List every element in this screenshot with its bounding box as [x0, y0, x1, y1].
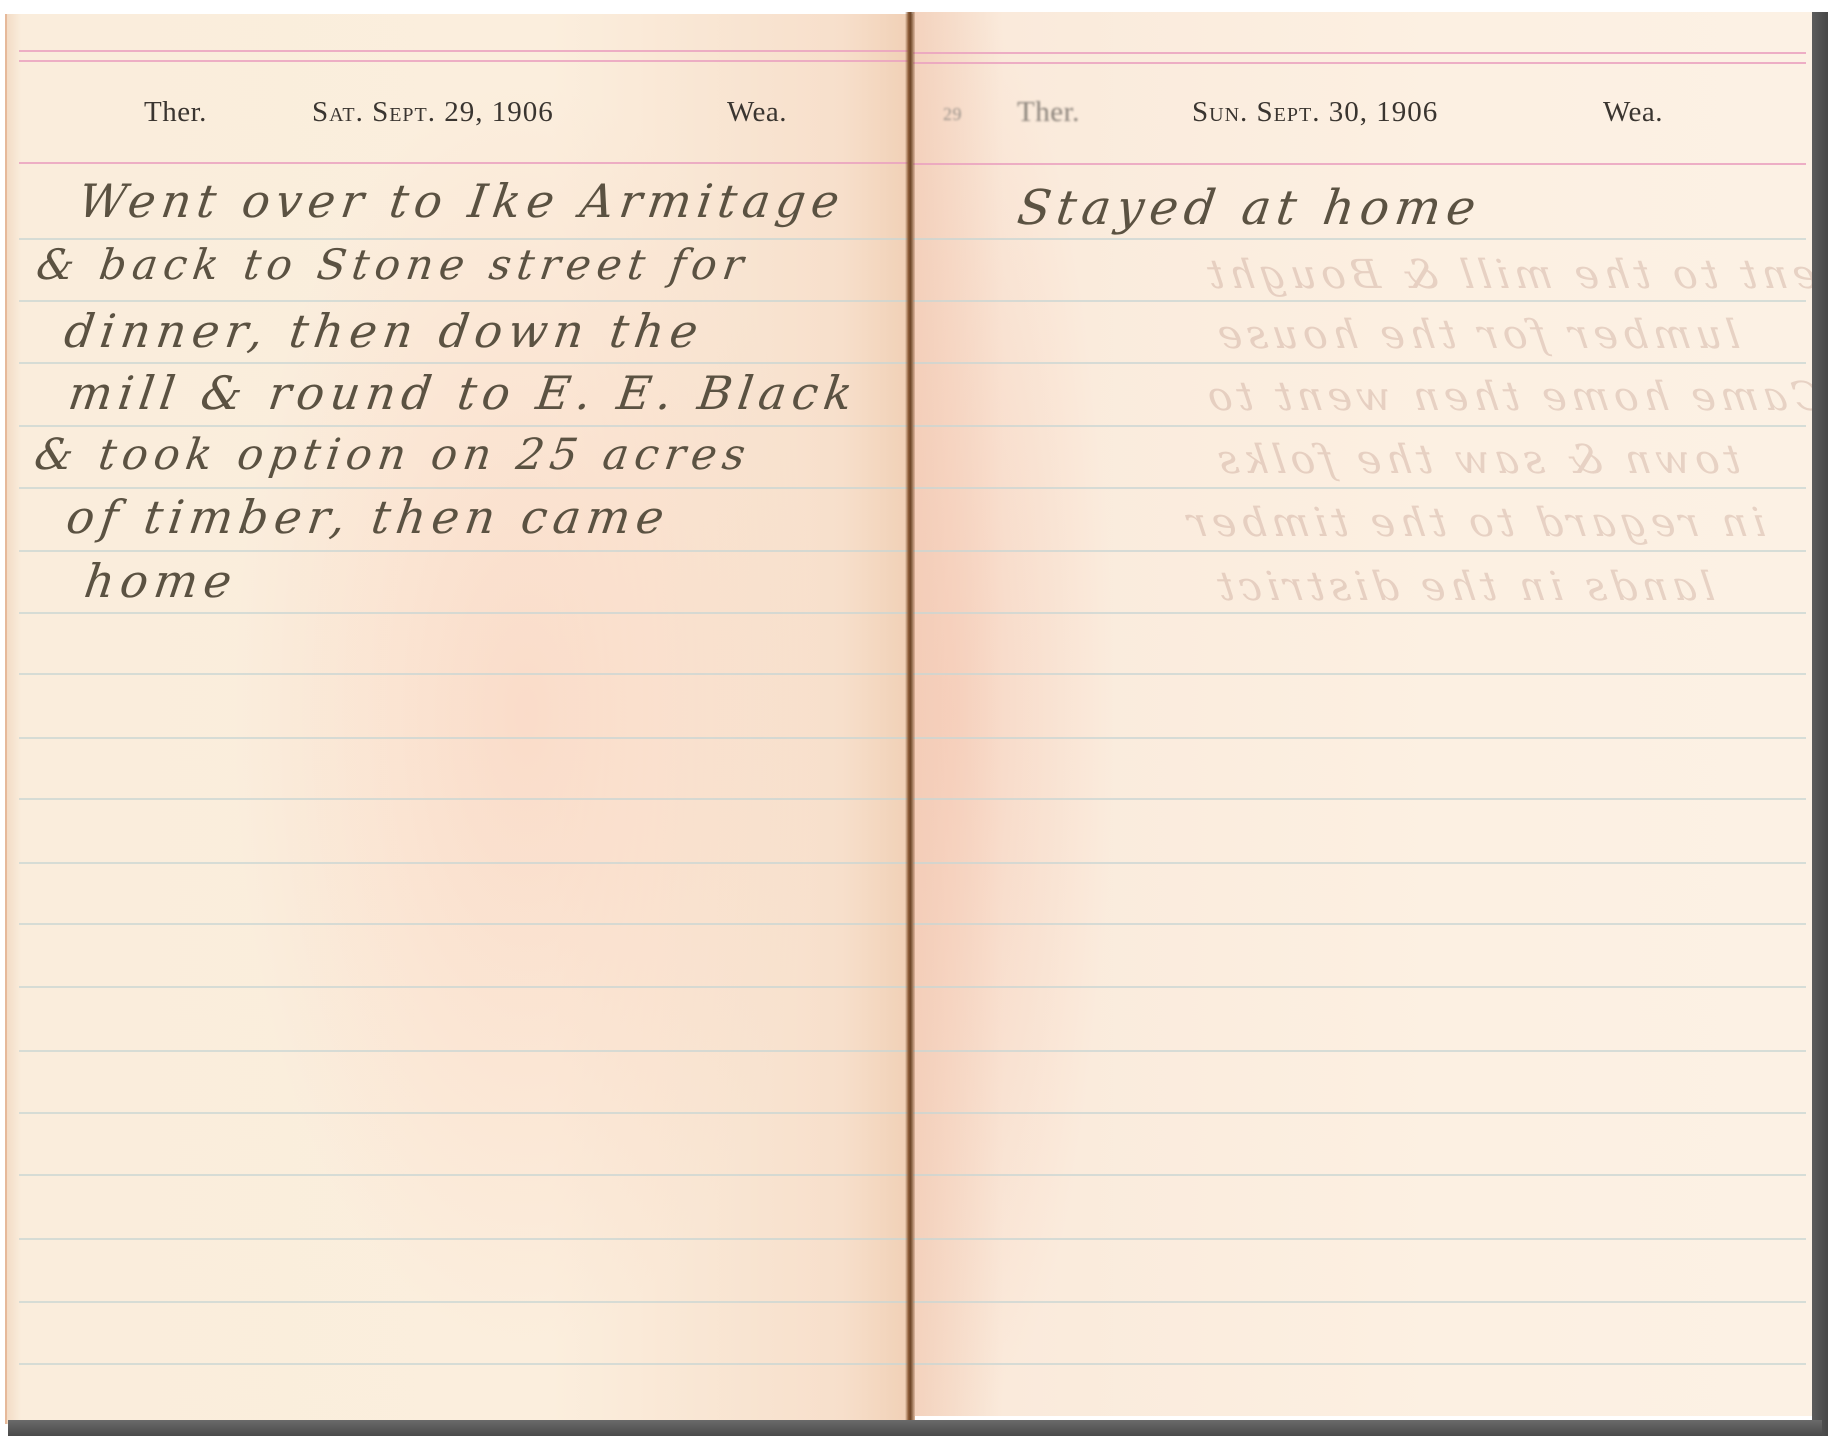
ruled-line [19, 1050, 909, 1052]
bleed-through-line: in regard to the timber [1180, 500, 1769, 546]
ruled-line [19, 612, 909, 614]
ruled-line [913, 737, 1806, 739]
bleed-through-line: lands in the district [1210, 564, 1718, 610]
entry-line: dinner, then down the [61, 304, 707, 358]
ruled-line [19, 1112, 909, 1114]
ruled-line [19, 550, 909, 552]
header-rule-bottom [913, 163, 1806, 165]
ruled-line [913, 986, 1806, 988]
ruled-line [19, 1301, 909, 1303]
ruled-line [19, 737, 909, 739]
entry-line: home [81, 554, 241, 608]
entry-line: of timber, then came [63, 490, 673, 544]
ruled-line [19, 1174, 909, 1176]
header-rule-top [19, 50, 909, 52]
ruled-line [913, 300, 1806, 302]
right-page-header: 29 Ther. Sun. Sept. 30, 1906 Wea. [913, 96, 1812, 136]
ruled-line [913, 487, 1806, 489]
ther-label: Ther. [144, 96, 207, 129]
ruled-line [913, 425, 1806, 427]
ruled-line [913, 362, 1806, 364]
bleed-through-line: town & saw the folks [1210, 437, 1744, 483]
bleed-through-line: Came home then went to [1200, 374, 1812, 420]
header-rule-bottom [19, 162, 909, 164]
bleed-through-line: lumber for the house [1210, 312, 1743, 358]
book-gutter [905, 12, 915, 1422]
ruled-line [913, 1301, 1806, 1303]
left-page-header: Ther. Sat. Sept. 29, 1906 Wea. [7, 96, 915, 136]
left-page: Ther. Sat. Sept. 29, 1906 Wea. Went over… [5, 14, 915, 1424]
ruled-line [19, 362, 909, 364]
ruled-line [913, 1050, 1806, 1052]
ruled-line [913, 1174, 1806, 1176]
wea-label: Wea. [727, 96, 787, 129]
header-rule-top-2 [19, 60, 909, 62]
page-number: 29 [943, 104, 962, 125]
book-cover-edge-bottom [8, 1420, 1822, 1436]
ruled-line [913, 673, 1806, 675]
entry-line: & back to Stone street for [34, 240, 753, 289]
page-date: Sun. Sept. 30, 1906 [1192, 96, 1438, 129]
ruled-line [19, 862, 909, 864]
ruled-line [913, 862, 1806, 864]
ruled-line [913, 612, 1806, 614]
ruled-line [19, 1363, 909, 1365]
ruled-line [913, 1112, 1806, 1114]
entry-line: mill & round to E. E. Black [65, 366, 862, 420]
header-rule-top-2 [913, 62, 1806, 64]
ruled-line [913, 1363, 1806, 1365]
ruled-line [913, 550, 1806, 552]
ruled-line [913, 798, 1806, 800]
wea-label: Wea. [1603, 96, 1663, 129]
ther-label: Ther. [1017, 96, 1080, 129]
ruled-line [19, 923, 909, 925]
page-date: Sat. Sept. 29, 1906 [312, 96, 554, 129]
ruled-line [19, 986, 909, 988]
ruled-line [913, 238, 1806, 240]
bleed-through-line: Went to the mill & Bought [1200, 252, 1812, 298]
ruled-line [19, 798, 909, 800]
entry-line: Stayed at home [1014, 180, 1485, 236]
entry-line: Went over to Ike Armitage [75, 174, 848, 228]
diary-spread: Ther. Sat. Sept. 29, 1906 Wea. Went over… [0, 0, 1834, 1443]
ruled-line [19, 673, 909, 675]
header-rule-top [913, 52, 1806, 54]
ruled-line [913, 923, 1806, 925]
ruled-line [19, 300, 909, 302]
ruled-line [19, 1238, 909, 1240]
book-cover-edge-right [1812, 12, 1828, 1436]
ruled-line [913, 1238, 1806, 1240]
ruled-line [19, 425, 909, 427]
right-page: 29 Ther. Sun. Sept. 30, 1906 Wea. Went t… [913, 12, 1812, 1416]
ruled-line [19, 487, 909, 489]
entry-line: & took option on 25 acres [31, 430, 754, 480]
